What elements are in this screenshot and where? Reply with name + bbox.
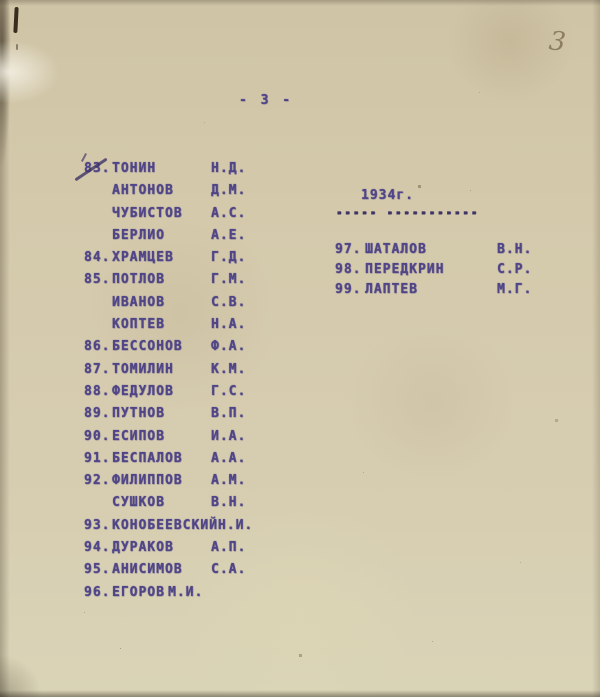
roster-section-1934: 1934г. ----- ----------- 97.ШАТАЛОВВ.Н.9… [335, 186, 575, 299]
entry-initials: В.Н. [497, 240, 532, 260]
entry-surname: ЛАПТЕВ [365, 280, 497, 300]
dashed-underline: ----- ----------- [335, 207, 575, 219]
entry-initials: А.Е. [211, 225, 246, 247]
list-item: 96.ЕГОРОВМ.И. [84, 582, 334, 604]
entry-surname: ТОМИЛИН [112, 359, 211, 381]
list-item: 86.БЕССОНОВФ.А. [84, 336, 334, 358]
list-item: 92.ФИЛИППОВА.М. [84, 470, 334, 492]
entry-number: 88. [84, 381, 112, 403]
list-item: 99.ЛАПТЕВМ.Г. [335, 280, 575, 300]
entry-surname: АНТОНОВ [112, 180, 211, 202]
entry-surname: КОНОБЕЕВСКИЙ [112, 515, 218, 537]
entry-number: 86. [84, 336, 112, 358]
entry-surname: БЕРЛИО [112, 225, 211, 247]
list-item: 85.ПОТЛОВГ.М. [84, 269, 334, 291]
entry-initials: Г.Д. [211, 247, 246, 269]
list-item: 93.КОНОБЕЕВСКИЙН.И. [84, 515, 334, 537]
entry-initials: С.В. [211, 292, 246, 314]
entry-initials: И.А. [211, 426, 246, 448]
entry-surname: КОПТЕВ [112, 314, 211, 336]
paper-specks [0, 0, 1, 1]
entry-initials: С.А. [211, 559, 246, 581]
entry-initials: Н.И. [218, 515, 253, 537]
list-item: АНТОНОВД.М. [84, 180, 334, 202]
entry-initials: С.Р. [497, 260, 532, 280]
entry-surname: ПЕРЕДКРИН [365, 260, 497, 280]
entry-initials: Ф.А. [211, 336, 246, 358]
entry-surname: ПОТЛОВ [112, 269, 211, 291]
entry-number: 90. [84, 426, 112, 448]
entry-surname: БЕСПАЛОВ [112, 448, 211, 470]
entry-surname: ХРАМЦЕВ [112, 247, 211, 269]
entry-number: 95. [84, 559, 112, 581]
entry-initials: А.С. [211, 203, 246, 225]
entry-surname: ФИЛИППОВ [112, 470, 211, 492]
entry-number: 94. [84, 537, 112, 559]
entry-surname: ПУТНОВ [112, 403, 211, 425]
entry-surname: АНИСИМОВ [112, 559, 211, 581]
entry-initials: М.И. [168, 582, 203, 604]
entry-initials: Г.М. [211, 269, 246, 291]
entry-number: 98. [335, 260, 365, 280]
list-item: 84.ХРАМЦЕВГ.Д. [84, 247, 334, 269]
entry-initials: Н.А. [211, 314, 246, 336]
roster-list-left: 83.ТОНИНН.Д.АНТОНОВД.М.ЧУБИСТОВА.С.БЕРЛИ… [84, 158, 334, 604]
entry-surname: ДУРАКОВ [112, 537, 211, 559]
entry-surname: ТОНИН [112, 158, 211, 180]
list-item: 91.БЕСПАЛОВА.А. [84, 448, 334, 470]
entry-surname: БЕССОНОВ [112, 336, 211, 358]
entry-initials: А.М. [211, 470, 246, 492]
entry-initials: Г.С. [211, 381, 246, 403]
entry-number: 97. [335, 240, 365, 260]
list-item: 89.ПУТНОВВ.П. [84, 403, 334, 425]
list-item: ЧУБИСТОВА.С. [84, 203, 334, 225]
entry-surname: ИВАНОВ [112, 292, 211, 314]
list-item: 97.ШАТАЛОВВ.Н. [335, 240, 575, 260]
entry-initials: В.Н. [211, 492, 246, 514]
scanned-document-page: 3 - 3 - 83.ТОНИНН.Д.АНТОНОВД.М.ЧУБИСТОВА… [0, 0, 600, 697]
entry-number: 92. [84, 470, 112, 492]
entry-number: 89. [84, 403, 112, 425]
list-item: 94.ДУРАКОВА.П. [84, 537, 334, 559]
entry-initials: Н.Д. [211, 158, 246, 180]
entry-number: 91. [84, 448, 112, 470]
list-item: 83.ТОНИНН.Д. [84, 158, 334, 180]
entry-initials: А.А. [211, 448, 246, 470]
list-item: 87.ТОМИЛИНК.М. [84, 359, 334, 381]
list-item: СУШКОВВ.Н. [84, 492, 334, 514]
year-heading: 1934г. [361, 186, 575, 206]
handwritten-page-number: 3 [547, 26, 567, 58]
entry-initials: А.П. [211, 537, 246, 559]
entry-number: 85. [84, 269, 112, 291]
list-item: 98.ПЕРЕДКРИНС.Р. [335, 260, 575, 280]
entry-number: 96. [84, 582, 112, 604]
pen-mark-dot [16, 44, 18, 50]
pen-mark-top-left [13, 7, 18, 33]
list-item: КОПТЕВН.А. [84, 314, 334, 336]
entry-initials: К.М. [211, 359, 246, 381]
list-item: ИВАНОВС.В. [84, 292, 334, 314]
list-item: БЕРЛИОА.Е. [84, 225, 334, 247]
entry-surname: ЕГОРОВ [112, 582, 168, 604]
entry-surname: ЧУБИСТОВ [112, 203, 211, 225]
typed-page-number: - 3 - [239, 93, 293, 108]
list-item: 88.ФЕДУЛОВГ.С. [84, 381, 334, 403]
entry-surname: ФЕДУЛОВ [112, 381, 211, 403]
entry-number: 99. [335, 280, 365, 300]
entry-surname: ШАТАЛОВ [365, 240, 497, 260]
entry-initials: Д.М. [211, 180, 246, 202]
entry-number: 84. [84, 247, 112, 269]
list-item: 95.АНИСИМОВС.А. [84, 559, 334, 581]
entry-number: 93. [84, 515, 112, 537]
entry-initials: В.П. [211, 403, 246, 425]
list-item: 90.ЕСИПОВИ.А. [84, 426, 334, 448]
entry-surname: ЕСИПОВ [112, 426, 211, 448]
entry-number: 87. [84, 359, 112, 381]
entry-initials: М.Г. [497, 280, 532, 300]
roster-list-right: 97.ШАТАЛОВВ.Н.98.ПЕРЕДКРИНС.Р.99.ЛАПТЕВМ… [335, 240, 575, 299]
entry-surname: СУШКОВ [112, 492, 211, 514]
